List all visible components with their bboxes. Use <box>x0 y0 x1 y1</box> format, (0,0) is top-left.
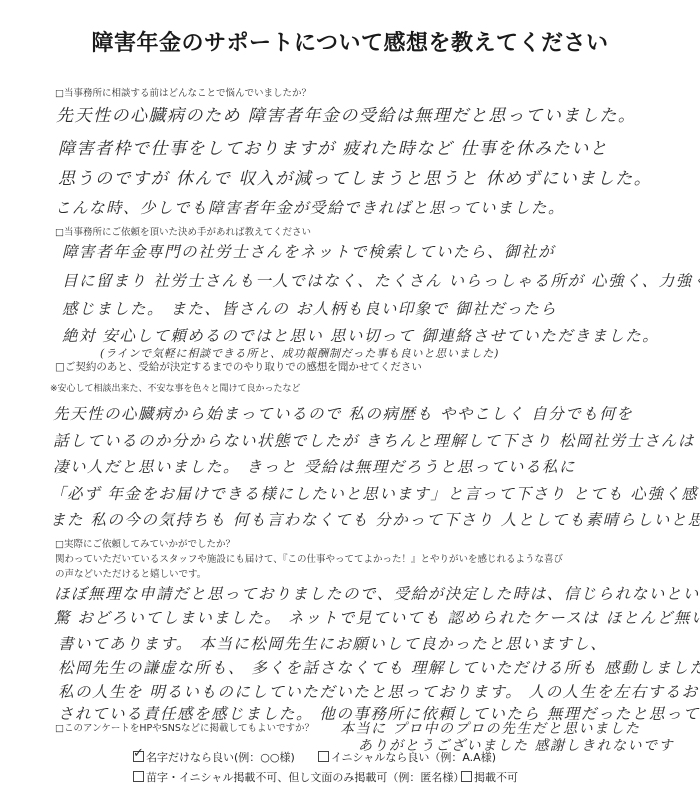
answer-4-line-3: 書いてあります。 本当に松岡先生にお願いして良かったと思いますし、 <box>58 632 607 654</box>
option-label: 名字だけなら良い(例：○○様) <box>146 751 295 764</box>
answer-2-line-1: 障害者年金専門の社労士さんをネットで検索していたら、御社が <box>62 240 555 262</box>
option-name-only[interactable]: 名字だけなら良い(例：○○様) <box>133 749 295 765</box>
question-4-description-2: の声などいただけると嬉しいです。 <box>55 569 206 581</box>
answer-4-line-1: ほぼ無理な申請だと思っておりましたので、受給が決定した時は、信じられないといいま… <box>54 582 700 604</box>
answer-3-line-2: 話しているのか分からない状態でしたが きちんと理解して下さり 松岡社労士さんは <box>53 429 695 451</box>
option-no-publish[interactable]: 掲載不可 <box>461 769 518 785</box>
answer-2-line-4: 絶対 安心して頼めるのではと思い 思い切って 御連絡させていただきました。 <box>62 324 659 346</box>
answer-3-line-5: また 私の今の気持ちも 何も言わなくても 分かって下さり 人としても素晴らしいと… <box>50 508 700 530</box>
answer-3-line-4: 「必ず 年金をお届けできる様にしたいと思います」と言って下さり とても 心強く感… <box>50 482 700 504</box>
answer-2-line-3: 感じました。 また、皆さんの お人柄も良い印象で 御社だったら <box>62 297 557 319</box>
option-label: イニシャルなら良い（例：A.A様) <box>331 751 496 764</box>
question-5: □このアンケートをHPやSNSなどに掲載してもよいですか？ <box>55 723 314 735</box>
answer-4-line-5: 私の人生を 明るいものにしていただいたと思っております。 人の人生を左右するお仕… <box>58 680 700 702</box>
checkbox-icon[interactable] <box>318 751 329 762</box>
answer-1-line-2: 障害者枠で仕事をしておりますが 疲れた時など 仕事を休みたいと <box>58 134 608 159</box>
question-4-description-1: 関わっていただいているスタッフや施設にも届けて、『この仕事やっててよかった！』と… <box>55 554 563 566</box>
checkbox-icon[interactable] <box>133 771 144 782</box>
question-3-hint: ※安心して相談出来た、不安な事を色々と聞けて良かったなど <box>50 383 301 395</box>
answer-1-line-3: 思うのですが 休んで 収入が減ってしまうと思うと 休めずにいました。 <box>58 164 652 189</box>
answer-4-line-2: 驚 おどろいてしまいました。 ネットで見ていても 認められたケースは ほとんど無… <box>54 606 700 628</box>
option-label: 掲載不可 <box>474 771 518 784</box>
answer-3-line-1: 先天性の心臓病から始まっているので 私の病歴も ややこしく 自分でも何を <box>53 402 633 424</box>
checkbox-checked-icon[interactable] <box>133 751 144 762</box>
question-4: □実際にご依頼してみていかがでしたか？ <box>55 539 235 551</box>
answer-1-line-1: 先天性の心臓病のため 障害者年金の受給は無理だと思っていました。 <box>56 101 636 126</box>
option-anonymous[interactable]: 苗字・イニシャル掲載不可、但し文面のみ掲載可（例：匿名様） <box>133 769 464 785</box>
page-title: 障害年金のサポートについて感想を教えてください <box>0 26 700 57</box>
answer-3-line-3: 凄い人だと思いました。 きっと 受給は無理だろうと思っている私に <box>53 455 576 477</box>
answer-4-line-4: 松岡先生の謙虚な所も、 多くを話さなくても 理解していただける所も 感動しました… <box>58 656 700 678</box>
answer-2-note: (ラインで気軽に相談できる所と、成功報酬制だった事も良いと思いました) <box>100 345 499 361</box>
answer-1-line-4: こんな時、少しでも障害者年金が受給できればと思っていました。 <box>55 196 565 218</box>
option-label: 苗字・イニシャル掲載不可、但し文面のみ掲載可（例：匿名様） <box>146 771 464 784</box>
option-initials[interactable]: イニシャルなら良い（例：A.A様) <box>318 749 496 765</box>
checkbox-icon[interactable] <box>461 771 472 782</box>
question-1: □当事務所に相談する前はどんなことで悩んでいましたか？ <box>55 88 311 100</box>
answer-2-line-2: 目に留まり 社労士さんも一人ではなく、たくさん いらっしゃる所が 心強く、力強く <box>62 269 700 291</box>
question-2: □当事務所にご依頼を頂いた決め手があれば教えてください <box>55 227 311 239</box>
question-3: □ご契約のあと、受給が決定するまでのやり取りでの感想を聞かせてください <box>55 361 422 373</box>
